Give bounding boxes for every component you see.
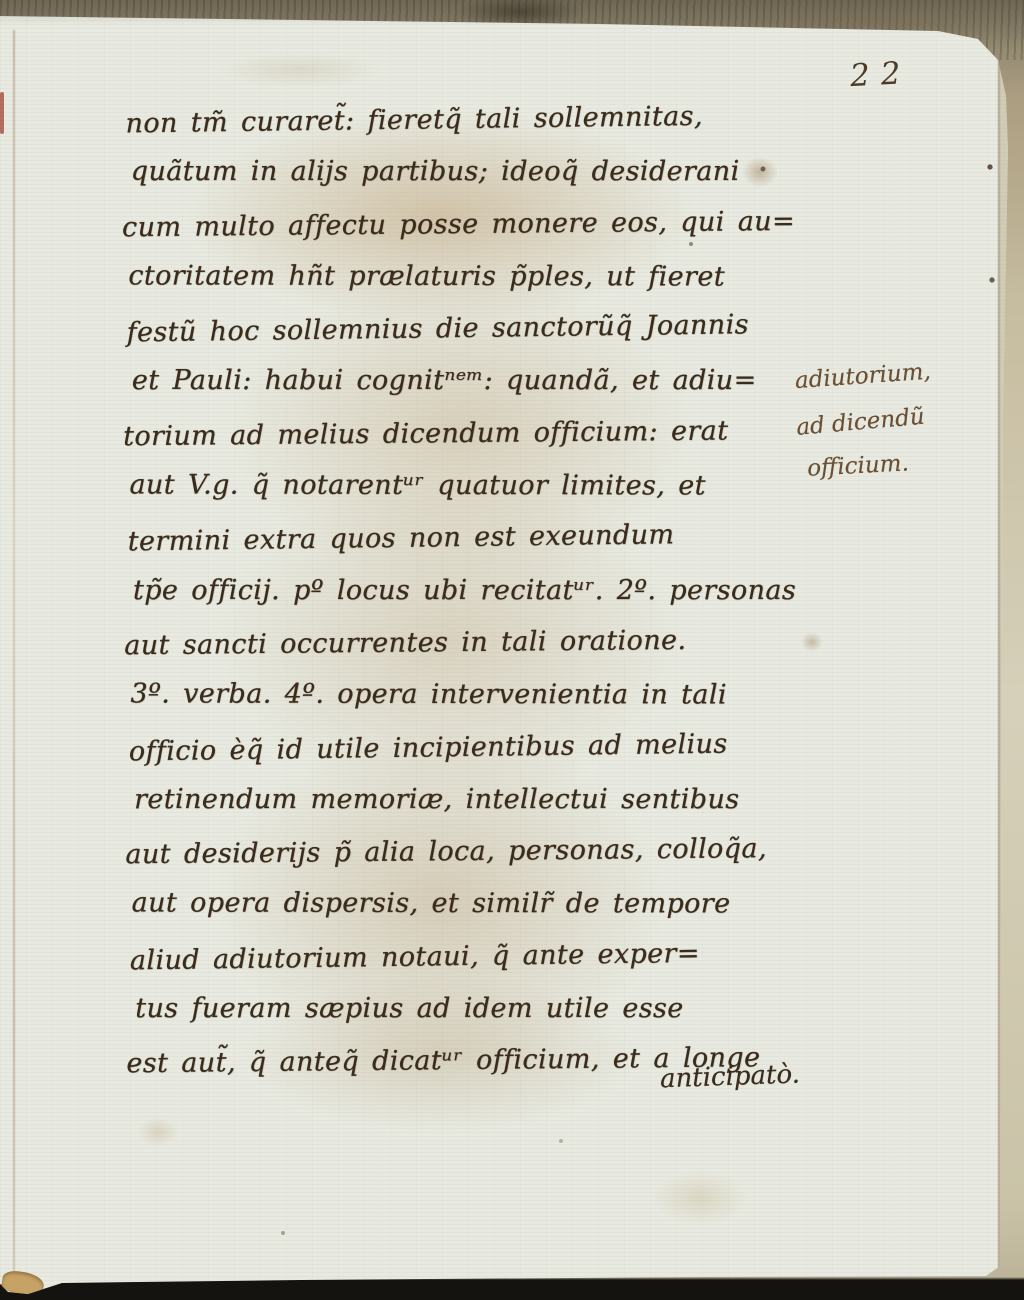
page-number: 22 (849, 52, 971, 94)
page-fore-edge-strip (1000, 60, 1008, 1266)
text-line: et Pauli: habui cognitⁿᵉᵐ: quandã, et ad… (132, 355, 804, 407)
page-corner-fray (1, 1270, 45, 1297)
manuscript-photo: 22 non tm̃ curaret̃: fieretq̃ tali solle… (0, 0, 1024, 1300)
main-text-block: non tm̃ curaret̃: fieretq̃ tali sollemni… (125, 92, 802, 1089)
margin-note-line: officium. (806, 436, 1008, 491)
text-line: aliud adiutorium notaui, q̃ ante exper= (130, 926, 803, 987)
margin-note: adiutorium,ad dicendũofficium. (794, 345, 1003, 494)
text-line: cum multo affectu posse monere eos, qui … (122, 195, 794, 254)
text-line: aut sancti occurrentes in tali oratione. (124, 614, 796, 673)
text-line: retinendum memoriæ, intellectui sentibus (134, 774, 806, 826)
text-line: officio èq̃ id utile incipientibus ad me… (129, 717, 802, 778)
text-line: aut desiderijs p̃ alia loca, personas, c… (125, 823, 797, 882)
text-line: termini extra quos non est exeundum (127, 508, 800, 569)
text-line: tus fueram sæpius ad idem utile esse (135, 983, 807, 1035)
text-line: aut opera dispersis, et similr̃ de tempo… (132, 878, 804, 931)
text-line: aut V.g. q̃ notarentᵘʳ quatuor limites, … (129, 459, 801, 512)
text-line: ctoritatem hñt prælaturis p̃ples, ut fie… (128, 250, 800, 303)
text-line: festũ hoc sollemnius die sanctorũq̃ Joan… (126, 299, 799, 360)
text-line: quãtum in alijs partibus; ideoq̃ desider… (131, 146, 803, 198)
manuscript-page: 22 non tm̃ curaret̃: fieretq̃ tali solle… (0, 0, 1024, 1300)
text-line: torium ad melius dicendum officium: erat (123, 405, 795, 464)
text-line: 3º. verba. 4º. opera intervenientia in t… (131, 669, 803, 722)
text-line: non tm̃ curaret̃: fieretq̃ tali sollemni… (125, 90, 798, 151)
binding-red-mark-top (0, 92, 4, 134)
page-gutter-crease (13, 30, 15, 1280)
text-line: tp̃e officij. pº locus ubi recitatᵘʳ. 2º… (133, 565, 805, 617)
